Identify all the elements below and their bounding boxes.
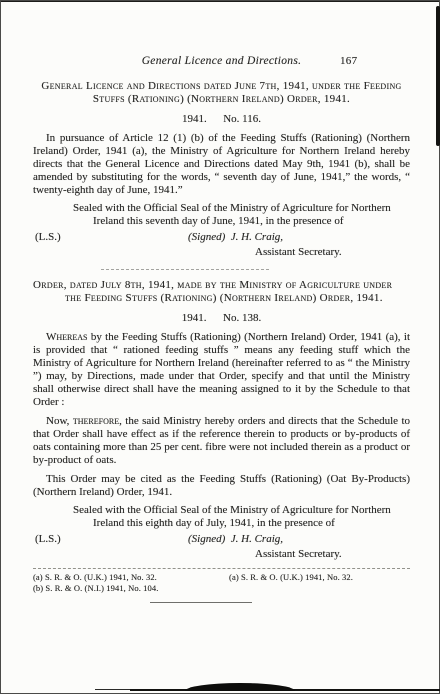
licence-pursuance-paragraph: In pursuance of Article 12 (1) (b) of th…: [33, 132, 410, 197]
order-whereas-paragraph: Whereas by the Feeding Stuffs (Rationing…: [33, 331, 410, 409]
order-signature: (Signed) J. H. Craig,: [188, 533, 283, 545]
footnote-a-left: (a) S. R. & O. (U.K.) 1941, No. 32.: [33, 572, 229, 583]
whereas-lead: Whereas: [46, 331, 88, 343]
order-signatory-name: J. H. Craig,: [231, 533, 283, 545]
licence-signed-label: (Signed): [188, 231, 225, 243]
footnote-rule: [33, 568, 410, 569]
footnotes-left-column: (a) S. R. & O. (U.K.) 1941, No. 32. (b) …: [33, 572, 229, 593]
footnote-b-left: (b) S. R. & O. (N.I.) 1941, No. 104.: [33, 583, 229, 594]
licence-number-line: 1941. No. 116.: [33, 113, 410, 125]
licence-seal-mark: (L.S.): [35, 231, 61, 243]
scan-artifact-bottom-smudge: [185, 683, 295, 691]
page-content: General Licence and Directions. 167 Gene…: [33, 55, 410, 603]
order-therefore-paragraph: Now, therefore, the said Ministry hereby…: [33, 415, 410, 467]
licence-signatory-title: Assistant Secretary.: [255, 246, 410, 260]
order-signature-row: (L.S.) (Signed) J. H. Craig,: [33, 533, 410, 548]
licence-signatory-name: J. H. Craig,: [231, 231, 283, 243]
order-heading: Order, dated July 8th, 1941, made by the…: [33, 279, 410, 305]
order-citation-paragraph: This Order may be cited as the Feeding S…: [33, 473, 410, 499]
licence-heading: General Licence and Directions dated Jun…: [33, 80, 410, 106]
section-separator-rule: [101, 269, 269, 270]
scanned-document-page: General Licence and Directions. 167 Gene…: [0, 0, 440, 694]
end-of-entry-rule: [150, 602, 252, 603]
whereas-rest: by the Feeding Stuffs (Rationing) (North…: [33, 331, 410, 408]
order-signatory-title: Assistant Secretary.: [255, 548, 410, 562]
running-head: General Licence and Directions. 167: [33, 55, 410, 70]
footnote-a-right: (a) S. R. & O. (U.K.) 1941, No. 32.: [229, 572, 410, 583]
therefore-lead: therefore: [73, 415, 119, 427]
scan-artifact-right-edge: [436, 6, 440, 146]
order-sealed-paragraph: Sealed with the Official Seal of the Min…: [93, 504, 409, 530]
licence-sealed-paragraph: Sealed with the Official Seal of the Min…: [93, 202, 409, 228]
footnotes-right-column: (a) S. R. & O. (U.K.) 1941, No. 32.: [229, 572, 410, 593]
order-signed-label: (Signed): [188, 533, 225, 545]
footnotes: (a) S. R. & O. (U.K.) 1941, No. 32. (b) …: [33, 572, 410, 593]
page-number: 167: [340, 55, 357, 67]
licence-signature: (Signed) J. H. Craig,: [188, 231, 283, 243]
licence-signature-row: (L.S.) (Signed) J. H. Craig,: [33, 231, 410, 246]
running-head-title: General Licence and Directions.: [142, 55, 302, 67]
order-seal-mark: (L.S.): [35, 533, 61, 545]
order-number-line: 1941. No. 138.: [33, 312, 410, 324]
therefore-pre: Now,: [46, 415, 73, 427]
